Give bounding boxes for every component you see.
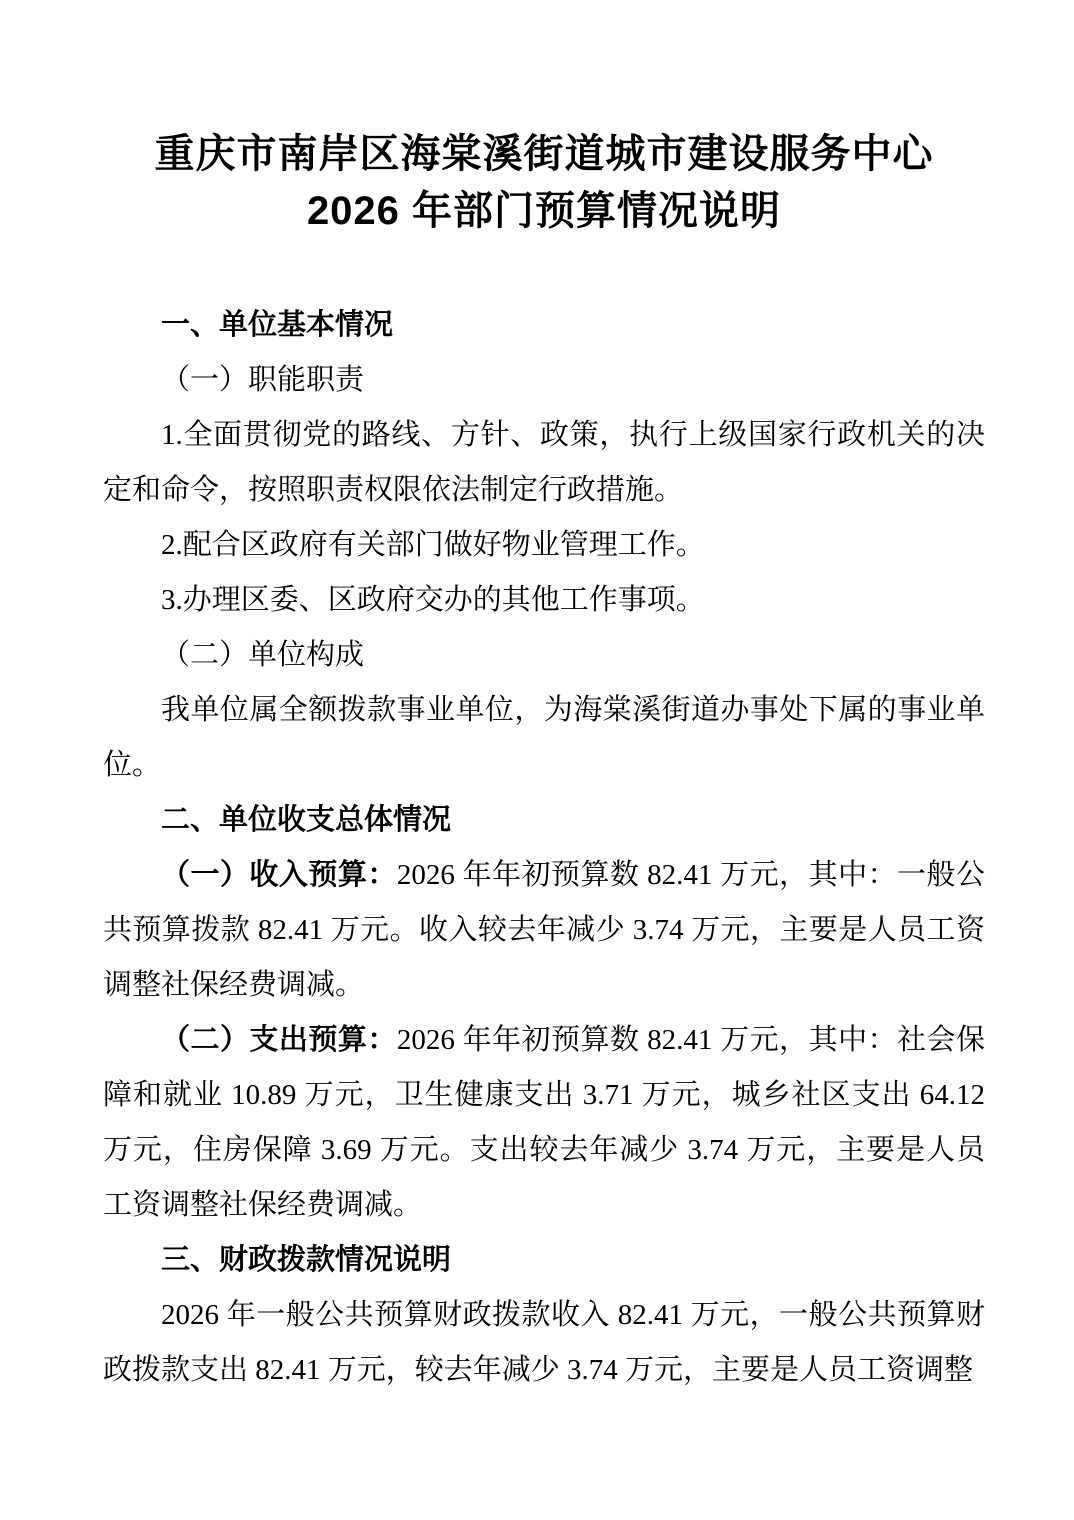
paragraph: 1.全面贯彻党的路线、方针、政策，执行上级国家行政机关的决定和命令，按照职责权限… [103, 408, 985, 518]
paragraph: 2026 年一般公共预算财政拨款收入 82.41 万元，一般公共预算财政拨款支出… [103, 1288, 985, 1398]
section-heading-3: 三、财政拨款情况说明 [103, 1233, 985, 1288]
paragraph-label: （二）支出预算： [161, 1024, 397, 1056]
document-title-line-1: 重庆市南岸区海棠溪街道城市建设服务中心 [103, 126, 985, 183]
document-page: 重庆市南岸区海棠溪街道城市建设服务中心 2026 年部门预算情况说明 一、单位基… [0, 0, 1074, 1520]
document-body: 重庆市南岸区海棠溪街道城市建设服务中心 2026 年部门预算情况说明 一、单位基… [103, 126, 985, 1398]
document-title-line-2: 2026 年部门预算情况说明 [103, 183, 985, 240]
paragraph-label: （一）收入预算： [161, 859, 397, 891]
subsection-heading: （一）职能职责 [103, 353, 985, 408]
paragraph: 2.配合区政府有关部门做好物业管理工作。 [103, 518, 985, 573]
paragraph: （一）收入预算：2026 年年初预算数 82.41 万元，其中：一般公共预算拨款… [103, 848, 985, 1013]
subsection-heading: （二）单位构成 [103, 628, 985, 683]
document-title: 重庆市南岸区海棠溪街道城市建设服务中心 2026 年部门预算情况说明 [103, 126, 985, 240]
paragraph: 我单位属全额拨款事业单位，为海棠溪街道办事处下属的事业单位。 [103, 683, 985, 793]
title-body-spacer [103, 240, 985, 298]
section-heading-2: 二、单位收支总体情况 [103, 793, 985, 848]
section-heading-1: 一、单位基本情况 [103, 298, 985, 353]
paragraph: 3.办理区委、区政府交办的其他工作事项。 [103, 573, 985, 628]
paragraph: （二）支出预算：2026 年年初预算数 82.41 万元，其中：社会保障和就业 … [103, 1013, 985, 1233]
